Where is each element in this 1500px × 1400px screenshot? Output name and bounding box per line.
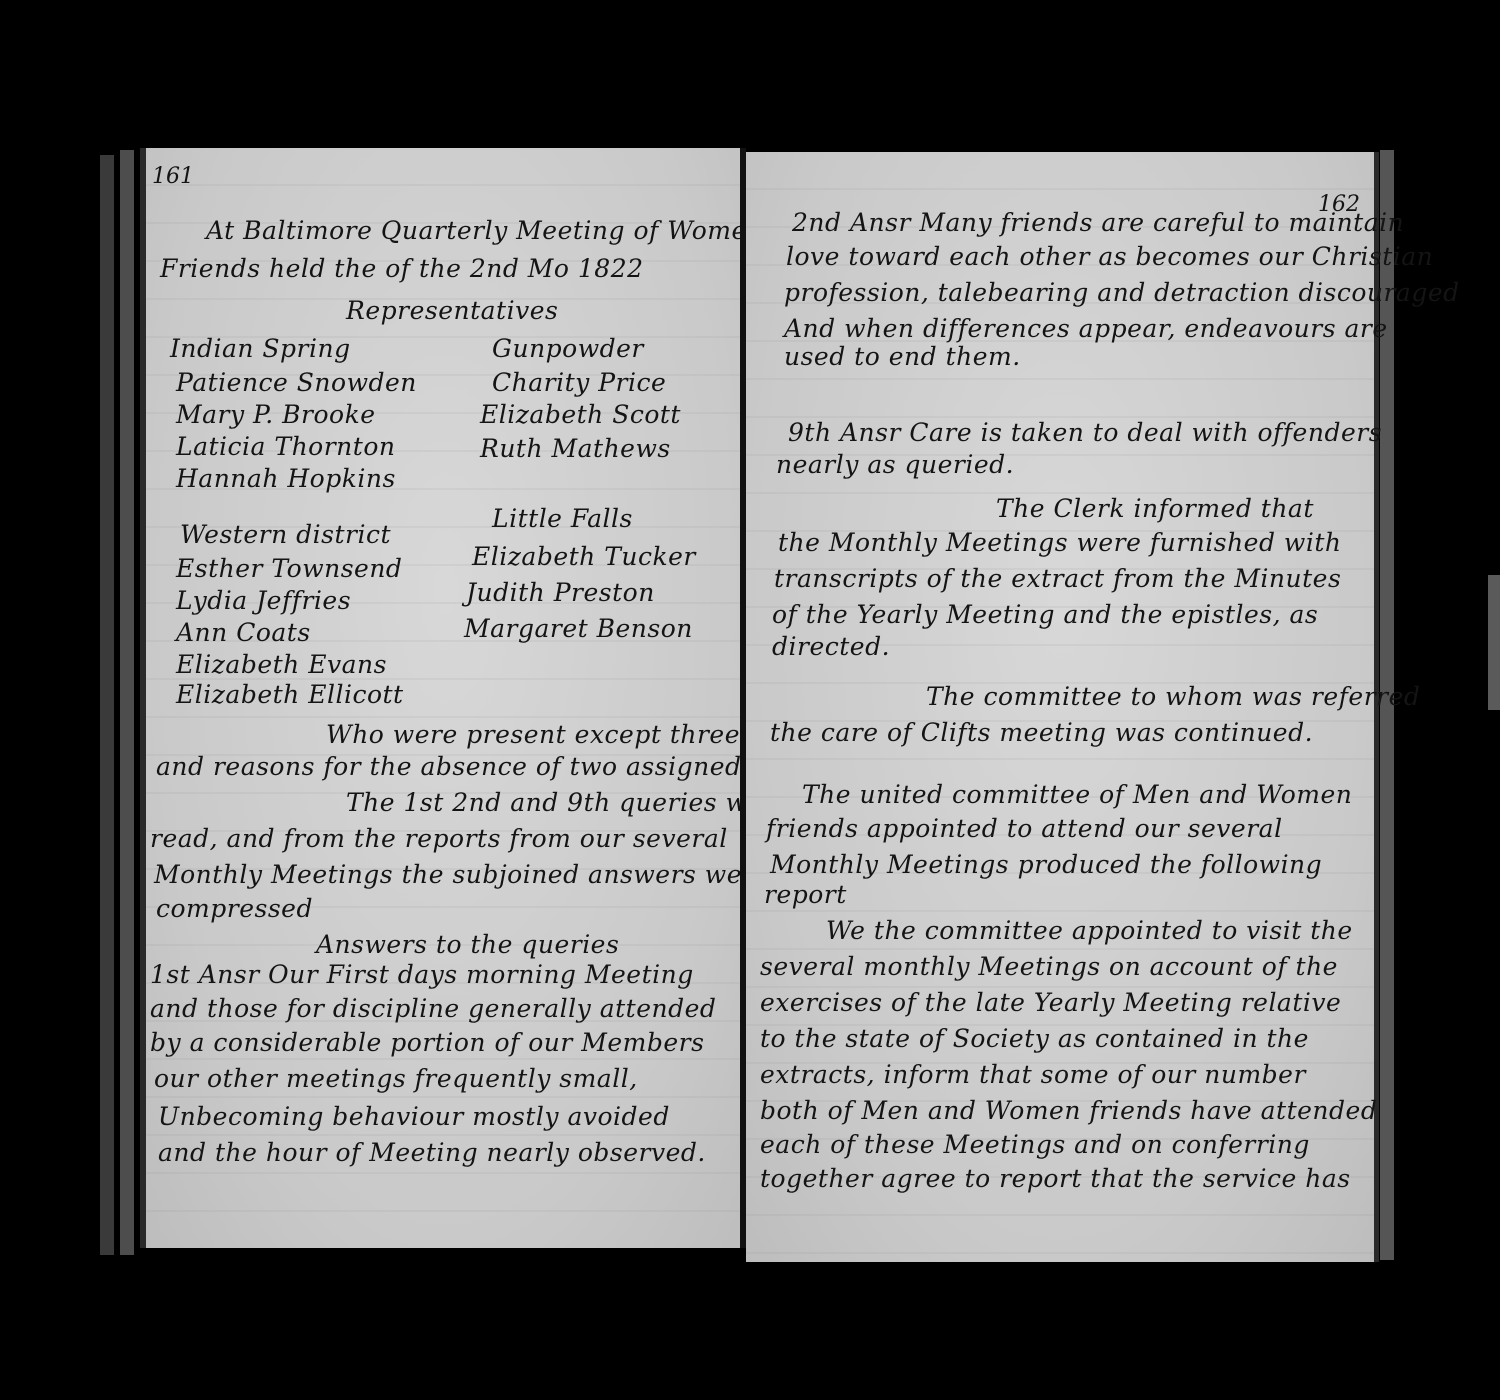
rep-name: Elizabeth Ellicott: [176, 680, 404, 709]
rep-name: Ruth Mathews: [480, 434, 671, 463]
text-line: Unbecoming behaviour mostly avoided: [158, 1102, 670, 1131]
text-line: The committee to whom was referred: [926, 682, 1420, 711]
text-line: friends appointed to attend our several: [766, 814, 1283, 843]
meeting-western-district: Western district: [180, 520, 391, 549]
rep-name: Elizabeth Scott: [480, 400, 681, 429]
text-line: together agree to report that the servic…: [760, 1164, 1351, 1193]
heading-line-2: Friends held the of the 2nd Mo 1822: [160, 254, 644, 283]
text-line: The united committee of Men and Women: [802, 780, 1352, 809]
text-line: each of these Meetings and on conferring: [760, 1130, 1310, 1159]
rep-name: Ann Coats: [176, 618, 311, 647]
rep-name: Margaret Benson: [464, 614, 693, 643]
representatives-title: Representatives: [346, 296, 558, 325]
text-line: our other meetings frequently small,: [154, 1064, 638, 1093]
rep-name: Mary P. Brooke: [176, 400, 376, 429]
text-line: Monthly Meetings produced the following: [770, 850, 1322, 879]
text-line: The Clerk informed that: [996, 494, 1314, 523]
rep-name: Judith Preston: [466, 578, 655, 607]
text-line: several monthly Meetings on account of t…: [760, 952, 1338, 981]
text-line: of the Yearly Meeting and the epistles, …: [772, 600, 1318, 629]
text-line: nearly as queried.: [776, 450, 1014, 479]
text-line: and the hour of Meeting nearly observed.: [158, 1138, 706, 1167]
text-line: used to end them.: [784, 342, 1021, 371]
text-line: We the committee appointed to visit the: [826, 916, 1353, 945]
text-line: and reasons for the absence of two assig…: [156, 752, 750, 781]
text-line: 2nd Ansr Many friends are careful to mai…: [792, 208, 1404, 237]
text-line: read, and from the reports from our seve…: [150, 824, 728, 853]
text-line: exercises of the late Yearly Meeting rel…: [760, 988, 1341, 1017]
text-line: love toward each other as becomes our Ch…: [786, 242, 1433, 271]
text-line: extracts, inform that some of our number: [760, 1060, 1306, 1089]
page-number-left: 161: [152, 164, 194, 189]
text-line: And when differences appear, endeavours …: [784, 314, 1388, 343]
text-line: The 1st 2nd and 9th queries were: [346, 788, 791, 817]
text-line: to the state of Society as contained in …: [760, 1024, 1309, 1053]
text-line: Monthly Meetings the subjoined answers w…: [154, 860, 770, 889]
rep-name: Esther Townsend: [176, 554, 402, 583]
section-heading-answers: Answers to the queries: [316, 930, 619, 959]
book-edge-left: [100, 155, 114, 1255]
text-line: profession, talebearing and detraction d…: [784, 278, 1460, 307]
rep-name: Patience Snowden: [176, 368, 417, 397]
rep-name: Lydia Jeffries: [176, 586, 351, 615]
text-line: report: [764, 880, 847, 909]
heading-line-1: At Baltimore Quarterly Meeting of Women: [206, 216, 763, 245]
text-line: 1st Ansr Our First days morning Meeting: [150, 960, 694, 989]
rep-name: Laticia Thornton: [176, 432, 395, 461]
text-line: 9th Ansr Care is taken to deal with offe…: [788, 418, 1382, 447]
meeting-indian-spring: Indian Spring: [170, 334, 351, 363]
text-line: both of Men and Women friends have atten…: [760, 1096, 1377, 1125]
rep-name: Charity Price: [492, 368, 666, 397]
rep-name: Elizabeth Evans: [176, 650, 387, 679]
text-line: compressed: [156, 894, 313, 923]
meeting-gunpowder: Gunpowder: [492, 334, 644, 363]
text-line: directed.: [772, 632, 890, 661]
right-page: 162 2nd Ansr Many friends are careful to…: [746, 152, 1379, 1262]
rep-name: Elizabeth Tucker: [472, 542, 696, 571]
book-edge-left-inner: [120, 150, 134, 1255]
text-line: transcripts of the extract from the Minu…: [774, 564, 1341, 593]
text-line: the care of Clifts meeting was continued…: [770, 718, 1313, 747]
text-line: Who were present except three: [326, 720, 740, 749]
text-line: the Monthly Meetings were furnished with: [778, 528, 1341, 557]
text-line: by a considerable portion of our Members: [150, 1028, 704, 1057]
rep-name: Hannah Hopkins: [176, 464, 396, 493]
right-tab-marker: [1488, 575, 1500, 710]
left-page: 161 At Baltimore Quarterly Meeting of Wo…: [140, 148, 746, 1248]
meeting-little-falls: Little Falls: [492, 504, 633, 533]
text-line: and those for discipline generally atten…: [150, 994, 716, 1023]
